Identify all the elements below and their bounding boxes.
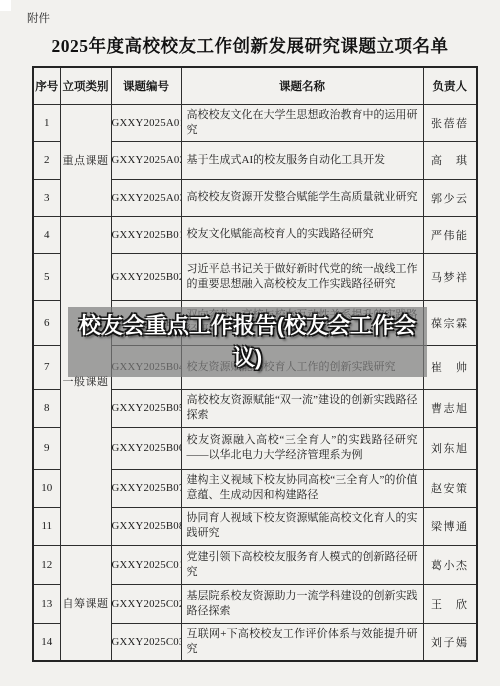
row-number-cell: 1: [33, 104, 60, 141]
category-cell-general: 一般课题: [60, 216, 111, 545]
leader-cell: 梁博通: [423, 507, 477, 545]
title-cell: 协同育人视域下校友资源赋能高校文化育人的实践研究: [181, 507, 423, 545]
leader-cell: 郭少云: [423, 179, 477, 216]
table-row: 12 自筹课题 GXXY2025C01 党建引领下高校校友服务育人模式的创新路径…: [33, 545, 477, 584]
attachment-label: 附件: [27, 10, 50, 26]
code-cell: GXXY2025B05: [111, 389, 181, 427]
header-row: 序号 立项类别 课题编号 课题名称 负责人: [33, 67, 477, 104]
category-cell-key: 重点课题: [60, 104, 111, 216]
column-header-category: 立项类别: [60, 67, 111, 104]
code-cell: GXXY2025B03: [111, 300, 181, 345]
row-number-cell: 11: [33, 507, 60, 545]
title-cell: 基层院系校友资源助力一流学科建设的创新实践路径探索: [181, 584, 423, 623]
code-cell: GXXY2025A03: [111, 179, 181, 216]
row-number-cell: 4: [33, 216, 60, 253]
code-cell: GXXY2025C02: [111, 584, 181, 623]
row-number-cell: 8: [33, 389, 60, 427]
leader-cell: 崔 帅: [423, 345, 477, 389]
code-cell: GXXY2025B02: [111, 253, 181, 300]
document-page: 附件 2025年度高校校友工作创新发展研究课题立项名单 序号 立项类别 课题编号…: [0, 0, 500, 686]
row-number-cell: 2: [33, 141, 60, 179]
project-list-table: 序号 立项类别 课题编号 课题名称 负责人 1 重点课题 GXXY2025A01…: [32, 66, 478, 662]
code-cell: GXXY2025B04: [111, 345, 181, 389]
title-cell: 基于生成式AI的校友服务自动化工具开发: [181, 141, 423, 179]
category-cell-selffunded: 自筹课题: [60, 545, 111, 661]
leader-cell: 高 琪: [423, 141, 477, 179]
row-number-cell: 14: [33, 623, 60, 661]
code-cell: GXXY2025A01: [111, 104, 181, 141]
title-cell: 建构主义视域下校友协同高校“三全育人”的价值意蕴、生成动因和构建路径: [181, 469, 423, 507]
column-header-leader: 负责人: [423, 67, 477, 104]
column-header-title: 课题名称: [181, 67, 423, 104]
leader-cell: 张蓓蓓: [423, 104, 477, 141]
row-number-cell: 12: [33, 545, 60, 584]
leader-cell: 刘东旭: [423, 427, 477, 469]
table-row: 1 重点课题 GXXY2025A01 高校校友文化在大学生思想政治教育中的运用研…: [33, 104, 477, 141]
code-cell: GXXY2025C01: [111, 545, 181, 584]
row-number-cell: 10: [33, 469, 60, 507]
row-number-cell: 6: [33, 300, 60, 345]
leader-cell: 赵安策: [423, 469, 477, 507]
title-cell: 党建引领下高校校友服务育人模式的创新路径研究: [181, 545, 423, 584]
code-cell: GXXY2025B01: [111, 216, 181, 253]
leader-cell: 葆宗霖: [423, 300, 477, 345]
title-cell: 双向奔赴：高校与校友互动性关系提升的实践路径研究: [181, 300, 423, 345]
code-cell: GXXY2025A02: [111, 141, 181, 179]
leader-cell: 葛小杰: [423, 545, 477, 584]
title-cell: 高校校友文化在大学生思想政治教育中的运用研究: [181, 104, 423, 141]
row-number-cell: 5: [33, 253, 60, 300]
scan-corner-artifact: [0, 0, 11, 11]
leader-cell: 马梦祥: [423, 253, 477, 300]
code-cell: GXXY2025B06: [111, 427, 181, 469]
title-cell: 互联网+下高校校友工作评价体系与效能提升研究: [181, 623, 423, 661]
row-number-cell: 9: [33, 427, 60, 469]
row-number-cell: 13: [33, 584, 60, 623]
leader-cell: 刘子嫣: [423, 623, 477, 661]
page-title: 2025年度高校校友工作创新发展研究课题立项名单: [0, 33, 500, 58]
code-cell: GXXY2025B08: [111, 507, 181, 545]
title-cell: 高校校友资源赋能“双一流”建设的创新实践路径探索: [181, 389, 423, 427]
title-cell: 校友资源赋能高校育人工作的创新实践研究: [181, 345, 423, 389]
title-cell: 高校校友资源开发整合赋能学生高质量就业研究: [181, 179, 423, 216]
leader-cell: 严伟能: [423, 216, 477, 253]
title-cell: 习近平总书记关于做好新时代党的统一战线工作的重要思想融入高校校友工作实践路径研究: [181, 253, 423, 300]
leader-cell: 曹志旭: [423, 389, 477, 427]
leader-cell: 王 欣: [423, 584, 477, 623]
column-header-no: 序号: [33, 67, 60, 104]
title-cell: 校友资源融入高校“三全育人”的实践路径研究——以华北电力大学经济管理系为例: [181, 427, 423, 469]
row-number-cell: 3: [33, 179, 60, 216]
column-header-code: 课题编号: [111, 67, 181, 104]
title-cell: 校友文化赋能高校育人的实践路径研究: [181, 216, 423, 253]
table-row: 4 一般课题 GXXY2025B01 校友文化赋能高校育人的实践路径研究 严伟能: [33, 216, 477, 253]
code-cell: GXXY2025C03: [111, 623, 181, 661]
row-number-cell: 7: [33, 345, 60, 389]
code-cell: GXXY2025B07: [111, 469, 181, 507]
